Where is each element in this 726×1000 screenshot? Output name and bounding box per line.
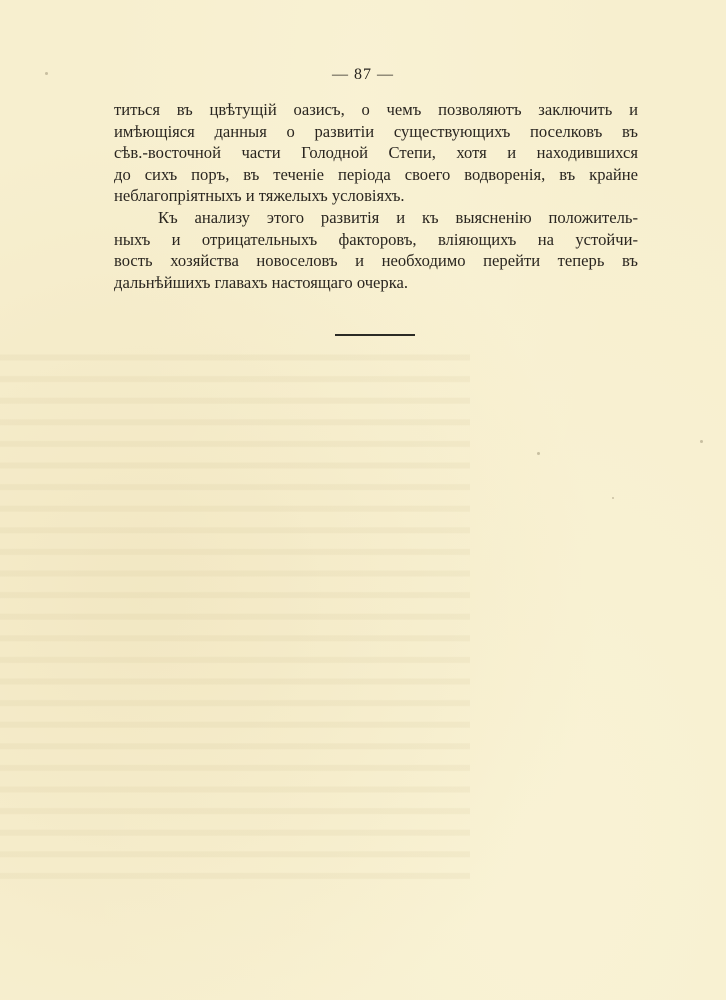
page-number: — 87 —: [0, 66, 726, 84]
text-line: сѣв.-восточной части Голодной Степи, хот…: [114, 142, 638, 164]
text-line: Къ анализу этого развитія и къ выясненію…: [114, 207, 638, 229]
text-line: вость хозяйства новоселовъ и необходимо …: [114, 250, 638, 272]
paragraph-1: титься въ цвѣтущій оазисъ, о чемъ позвол…: [114, 99, 638, 207]
text-line: дальнѣйшихъ главахъ настоящаго очерка.: [114, 272, 638, 294]
paper-speck: [537, 452, 540, 455]
text-line: до сихъ поръ, въ теченіе періода своего …: [114, 164, 638, 186]
text-line: ныхъ и отрицательныхъ факторовъ, вліяющи…: [114, 229, 638, 251]
section-end-rule: [335, 334, 415, 336]
reverse-page-bleed-through: [0, 345, 470, 885]
paper-speck: [612, 497, 614, 499]
text-line: титься въ цвѣтущій оазисъ, о чемъ позвол…: [114, 99, 638, 121]
body-text: титься въ цвѣтущій оазисъ, о чемъ позвол…: [114, 99, 638, 293]
text-line: неблагопріятныхъ и тяжелыхъ условіяхъ.: [114, 185, 638, 207]
paper-speck: [45, 72, 48, 75]
paper-speck: [700, 440, 703, 443]
paragraph-2: Къ анализу этого развитія и къ выясненію…: [114, 207, 638, 293]
text-line: имѣющіяся данныя о развитіи существующих…: [114, 121, 638, 143]
